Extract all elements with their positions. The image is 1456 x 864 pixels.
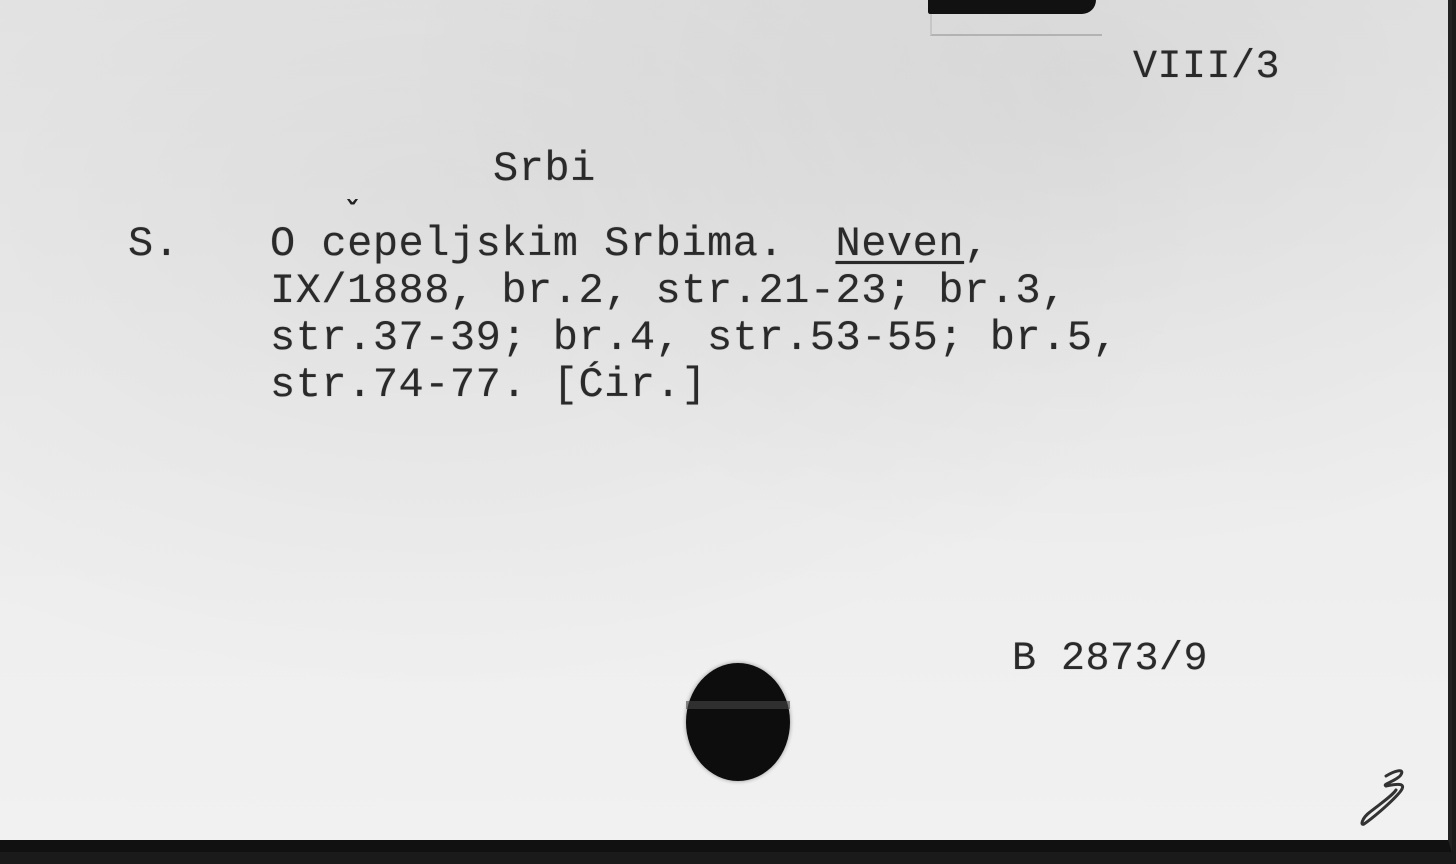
- subject-heading: Srbi: [493, 148, 596, 190]
- entry-line-2: IX/1888, br.2, str.21-23; br.3,: [270, 270, 1067, 312]
- shelf-mark: B 2873/9: [1012, 640, 1208, 680]
- entry-title: cepeljskim Srbima.: [321, 220, 835, 268]
- entry-prefix: O: [270, 220, 321, 268]
- entry-line-1: O cepeljskim Srbima. Neven,: [270, 223, 990, 265]
- entry-line-4: str.74-77. [Ćir.]: [270, 364, 707, 406]
- entry-marker: S.: [128, 223, 179, 265]
- handwritten-numeral-mark: [1356, 764, 1416, 834]
- entry-line-3: str.37-39; br.4, str.53-55; br.5,: [270, 317, 1118, 359]
- card-tab-edge: [930, 14, 1102, 36]
- entry-punctuation: ,: [964, 220, 990, 268]
- catalog-card: VIII/3 Srbi S. ˇ O cepeljskim Srbima. Ne…: [0, 0, 1452, 852]
- card-tab-mark: [928, 0, 1096, 14]
- journal-title: Neven: [836, 220, 965, 268]
- call-number: VIII/3: [1133, 48, 1280, 88]
- punch-hole: [686, 663, 790, 781]
